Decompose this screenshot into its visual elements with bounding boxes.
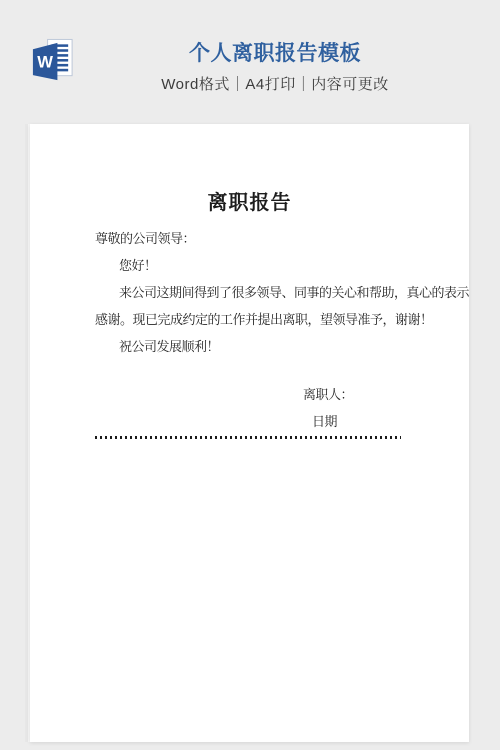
dotted-divider	[95, 436, 401, 439]
word-logo-graphic: W	[29, 36, 76, 84]
document-page: 离职报告 尊敬的公司领导： 您好！ 来公司这期间得到了很多领导、同事的关心和帮助…	[30, 124, 469, 742]
date-label: 日期	[312, 408, 401, 435]
paragraph-salutation: 尊敬的公司领导：	[95, 225, 401, 252]
page-title: 个人离职报告模板	[80, 41, 470, 67]
header: W 个人离职报告模板 Word格式｜A4打印｜内容可更改	[0, 0, 500, 124]
signature-block: 离职人： 日期	[303, 381, 401, 435]
word-icon-letter: W	[37, 52, 53, 71]
template-preview-page: W 个人离职报告模板 Word格式｜A4打印｜内容可更改 离职报告 尊敬的公司领…	[0, 0, 500, 750]
header-text: 个人离职报告模板 Word格式｜A4打印｜内容可更改	[80, 0, 470, 94]
page-subtitle: Word格式｜A4打印｜内容可更改	[80, 73, 470, 94]
word-logo-icon: W	[29, 36, 76, 84]
paragraph-wish: 祝公司发展顺利！	[95, 333, 401, 360]
paragraph-body-line-2: 感谢。现已完成约定的工作并提出离职，望领导准予，谢谢！	[95, 306, 401, 333]
paragraph-body-line-1: 来公司这期间得到了很多领导、同事的关心和帮助，真心的表示	[95, 279, 401, 306]
paragraph-greeting: 您好！	[95, 252, 401, 279]
document-title: 离职报告	[30, 124, 469, 216]
document-body: 尊敬的公司领导： 您好！ 来公司这期间得到了很多领导、同事的关心和帮助，真心的表…	[30, 225, 469, 439]
signer-label: 离职人：	[303, 381, 401, 408]
